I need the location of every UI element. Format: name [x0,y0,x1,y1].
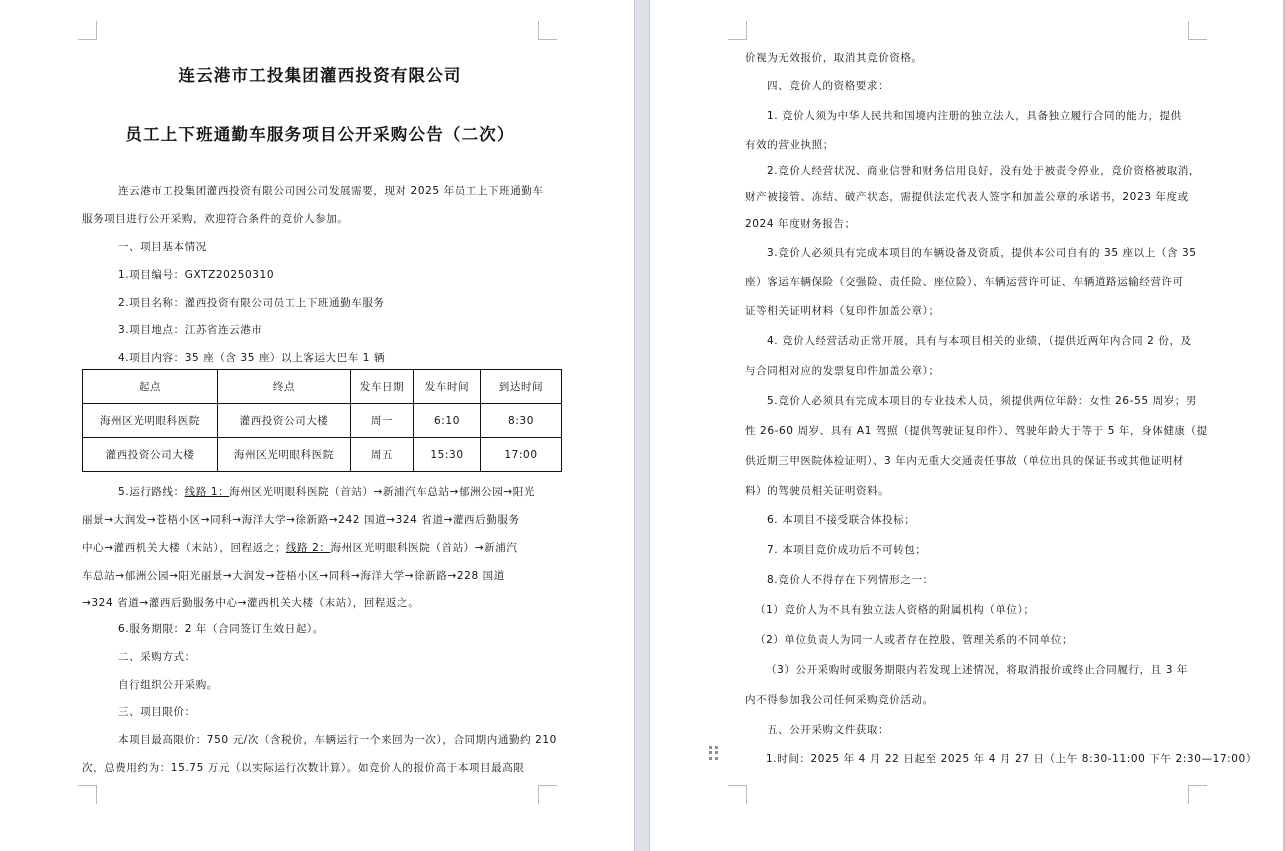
qualification-subitem: 内不得参加我公司任何采购竞价活动。 [745,685,934,715]
route-2-stops: 海州区光明眼科医院（首站）→新浦汽 [330,542,517,554]
qualification-line: 座）客运车辆保险（交强险、责任险、座位险）、车辆运营许可证、车辆道路运输经营许可 [745,267,1184,297]
margin-corner-mark [538,21,557,40]
service-period: 6.服务期限：2 年（合同签订生效日起）。 [82,614,324,644]
route-1-end: 中心→灌西机关大楼（末站），回程返之； [82,542,286,554]
table-cell: 周一 [351,404,414,438]
procurement-method: 自行组织公开采购。 [82,670,218,700]
table-cell: 海州区光明眼科医院 [218,438,351,472]
table-cell: 17:00 [481,438,562,472]
margin-corner-mark [728,785,747,804]
qualification-line: 料）的驾驶员相关证明资料。 [745,476,889,506]
continued-line: 价视为无效报价，取消其竞价资格。 [745,43,923,73]
qualification-line: 3.竞价人必须具有完成本项目的车辆设备及资质，提供本公司自有的 35 座以上（含… [731,238,1197,268]
project-number: 1.项目编号：GXTZ20250310 [82,260,274,290]
margin-corner-mark [1188,785,1207,804]
table-cell: 6:10 [414,404,481,438]
qualification-line: 4. 竞价人经营活动正常开展，具有与本项目相关的业绩，（提供近两年内合同 2 份… [731,326,1192,356]
table-cell: 周五 [351,438,414,472]
section-heading: 一、项目基本情况 [82,232,207,262]
table-cell: 灌西投资公司大楼 [218,404,351,438]
route-1-label: 线路 1： [185,486,230,498]
section-heading: 二、采购方式： [82,642,196,672]
route-line: 车总站→郁洲公园→阳光丽景→大润发→苍梧小区→同科→海洋大学→徐新路→228 国… [82,561,505,591]
section-heading: 五、公开采购文件获取： [731,715,889,745]
project-name: 2.项目名称：灌西投资有限公司员工上下班通勤车服务 [82,288,385,318]
margin-corner-mark [728,21,747,40]
document-page-1: 连云港市工投集团灌西投资有限公司 员工上下班通勤车服务项目公开采购公告（二次） … [0,0,634,851]
table-header-cell: 终点 [218,370,351,404]
acquisition-time: 1.时间：2025 年 4 月 22 日起至 2025 年 4 月 27 日（上… [766,744,1257,774]
route-line: 中心→灌西机关大楼（末站），回程返之；线路 2：海州区光明眼科医院（首站）→新浦… [82,533,517,563]
project-location: 3.项目地点：江苏省连云港市 [82,315,262,345]
document-subtitle: 员工上下班通勤车服务项目公开采购公告（二次） [80,121,560,145]
qualification-line: 5.竞价人必须具有完成本项目的专业技术人员，须提供两位年龄：女性 26-55 周… [731,386,1197,416]
table-header-row: 起点 终点 发车日期 发车时间 到达时间 [83,370,562,404]
qualification-line: 性 26-60 周岁、具有 A1 驾照（提供驾驶证复印件）、驾驶年龄大于等于 5… [745,416,1208,446]
qualification-line: 2024 年度财务报告； [745,209,856,239]
table-row: 海州区光明眼科医院 灌西投资公司大楼 周一 6:10 8:30 [83,404,562,438]
qualification-line: 证等相关证明材料（复印件加盖公章）； [745,296,940,326]
qualification-line: 7. 本项目竞价成功后不可转包； [731,535,926,565]
table-cell: 8:30 [481,404,562,438]
table-cell: 15:30 [414,438,481,472]
qualification-line: 8.竞价人不得存在下列情形之一： [731,565,934,595]
qualification-subitem: （2）单位负责人为同一人或者存在控股、管理关系的不同单位； [755,625,1073,655]
margin-corner-mark [1188,21,1207,40]
margin-corner-mark [78,21,97,40]
price-limit-line: 次，总费用约为：15.75 万元（以实际运行次数计算）。如竞价人的报价高于本项目… [82,753,524,783]
page-gutter [634,0,650,851]
qualification-line: 1. 竞价人须为中华人民共和国境内注册的独立法人，具备独立履行合同的能力，提供 [731,101,1182,131]
table-header-cell: 起点 [83,370,218,404]
margin-corner-mark [78,785,97,804]
intro-paragraph-line: 连云港市工投集团灌西投资有限公司因公司发展需要，现对 2025 年员工上下班通勤… [82,176,544,206]
qualification-line: 与合同相对应的发票复印件加盖公章）； [745,356,940,386]
table-header-cell: 发车时间 [414,370,481,404]
intro-paragraph-line: 服务项目进行公开采购，欢迎符合条件的竞价人参加。 [82,204,348,234]
qualification-subitem: （1）竞价人为不具有独立法人资格的附属机构（单位）； [755,595,1035,625]
table-cell: 灌西投资公司大楼 [83,438,218,472]
route-1-stops: 海州区光明眼科医院（首站）→新浦汽车总站→郁洲公园→阳光 [229,486,535,498]
section-heading: 三、项目限价： [82,697,196,727]
drag-handle-icon[interactable] [709,746,719,760]
table-header-cell: 到达时间 [481,370,562,404]
qualification-line: 供近期三甲医院体检证明）、3 年内无重大交通责任事故（单位出具的保证书或其他证明… [745,446,1184,476]
price-limit-line: 本项目最高限价：750 元/次（含税价，车辆运行一个来回为一次），合同期内通勤约… [82,725,557,755]
route-prefix: 5.运行路线： [118,486,185,498]
margin-corner-mark [538,785,557,804]
qualification-subitem: （3）公开采购时或服务期限内若发现上述情况，将取消报价或终止合同履行，且 3 年 [766,655,1188,685]
document-page-2: 价视为无效报价，取消其竞价资格。 四、竞价人的资格要求： 1. 竞价人须为中华人… [650,0,1283,851]
table-cell: 海州区光明眼科医院 [83,404,218,438]
qualification-line: 财产被接管、冻结、破产状态，需提供法定代表人签字和加盖公章的承诺书，2023 年… [745,182,1189,212]
route-line: 丽景→大润发→苍梧小区→同科→海洋大学→徐新路→242 国道→324 省道→灌西… [82,505,520,535]
document-title: 连云港市工投集团灌西投资有限公司 [80,62,560,86]
route-2-label: 线路 2： [286,542,331,554]
qualification-line: 6. 本项目不接受联合体投标； [731,505,915,535]
table-header-cell: 发车日期 [351,370,414,404]
table-row: 灌西投资公司大楼 海州区光明眼科医院 周五 15:30 17:00 [83,438,562,472]
route-line: 5.运行路线：线路 1：海州区光明眼科医院（首站）→新浦汽车总站→郁洲公园→阳光 [82,477,535,507]
schedule-table: 起点 终点 发车日期 发车时间 到达时间 海州区光明眼科医院 灌西投资公司大楼 … [82,369,562,472]
section-heading: 四、竞价人的资格要求： [731,71,889,101]
